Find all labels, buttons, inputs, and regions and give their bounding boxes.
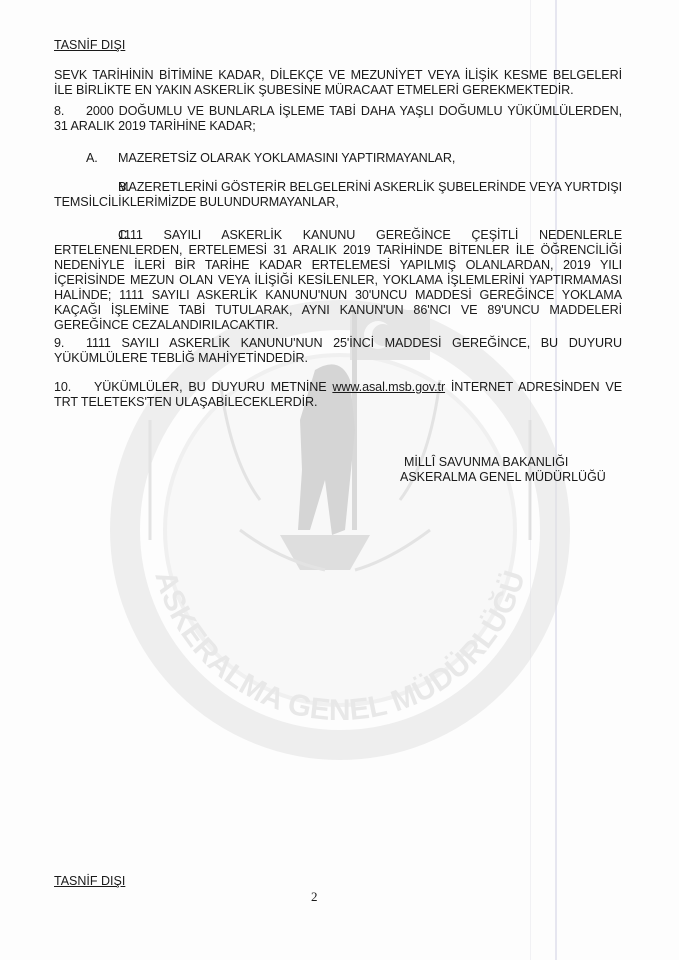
paragraph-number: 10. <box>54 380 94 395</box>
paragraph-8b: B.MAZERETLERİNİ GÖSTERİR BELGELERİNİ ASK… <box>54 180 622 210</box>
classification-header: TASNİF DIŞI <box>54 38 125 52</box>
intro-paragraph: SEVK TARİHİNİN BİTİMİNE KADAR, DİLEKÇE V… <box>54 68 622 98</box>
item-text: 1111 SAYILI ASKERLİK KANUNU GEREĞİNCE ÇE… <box>54 228 622 332</box>
signature-line-1: MİLLÎ SAVUNMA BAKANLIĞI <box>400 455 606 470</box>
paragraph-text: YÜKÜMLÜLER, BU DUYURU METNİNE <box>94 380 332 394</box>
paragraph-text: 2000 DOĞUMLU VE BUNLARLA İŞLEME TABİ DAH… <box>54 104 622 133</box>
page-number: 2 <box>311 889 318 905</box>
classification-footer: TASNİF DIŞI <box>54 874 125 888</box>
document-page: ASKERALMA GENEL MÜDÜRLÜĞÜ TASNİF DIŞI SE… <box>0 0 679 960</box>
emblem-watermark-icon: ASKERALMA GENEL MÜDÜRLÜĞÜ <box>110 300 570 760</box>
paragraph-number: 9. <box>54 336 86 351</box>
paragraph-8a: A.MAZERETSİZ OLARAK YOKLAMASINI YAPTIRMA… <box>54 151 622 166</box>
paragraph-8c: C.1111 SAYILI ASKERLİK KANUNU GEREĞİNCE … <box>54 228 622 333</box>
paragraph-9: 9.1111 SAYILI ASKERLİK KANUNU'NUN 25'İNC… <box>54 336 622 366</box>
website-link[interactable]: www.asal.msb.gov.tr <box>332 380 445 394</box>
item-text: MAZERETLERİNİ GÖSTERİR BELGELERİNİ ASKER… <box>54 180 622 209</box>
paragraph-text: 1111 SAYILI ASKERLİK KANUNU'NUN 25'İNCİ … <box>54 336 622 365</box>
item-text: MAZERETSİZ OLARAK YOKLAMASINI YAPTIRMAYA… <box>118 151 455 165</box>
paragraph-8: 8.2000 DOĞUMLU VE BUNLARLA İŞLEME TABİ D… <box>54 104 622 134</box>
paragraph-number: 8. <box>54 104 86 119</box>
item-letter: A. <box>86 151 118 166</box>
signature-line-2: ASKERALMA GENEL MÜDÜRLÜĞÜ <box>400 470 606 485</box>
paragraph-10: 10.YÜKÜMLÜLER, BU DUYURU METNİNE www.asa… <box>54 380 622 410</box>
item-letter: C. <box>86 228 118 243</box>
signature-block: MİLLÎ SAVUNMA BAKANLIĞI ASKERALMA GENEL … <box>400 455 606 485</box>
item-letter: B. <box>86 180 118 195</box>
